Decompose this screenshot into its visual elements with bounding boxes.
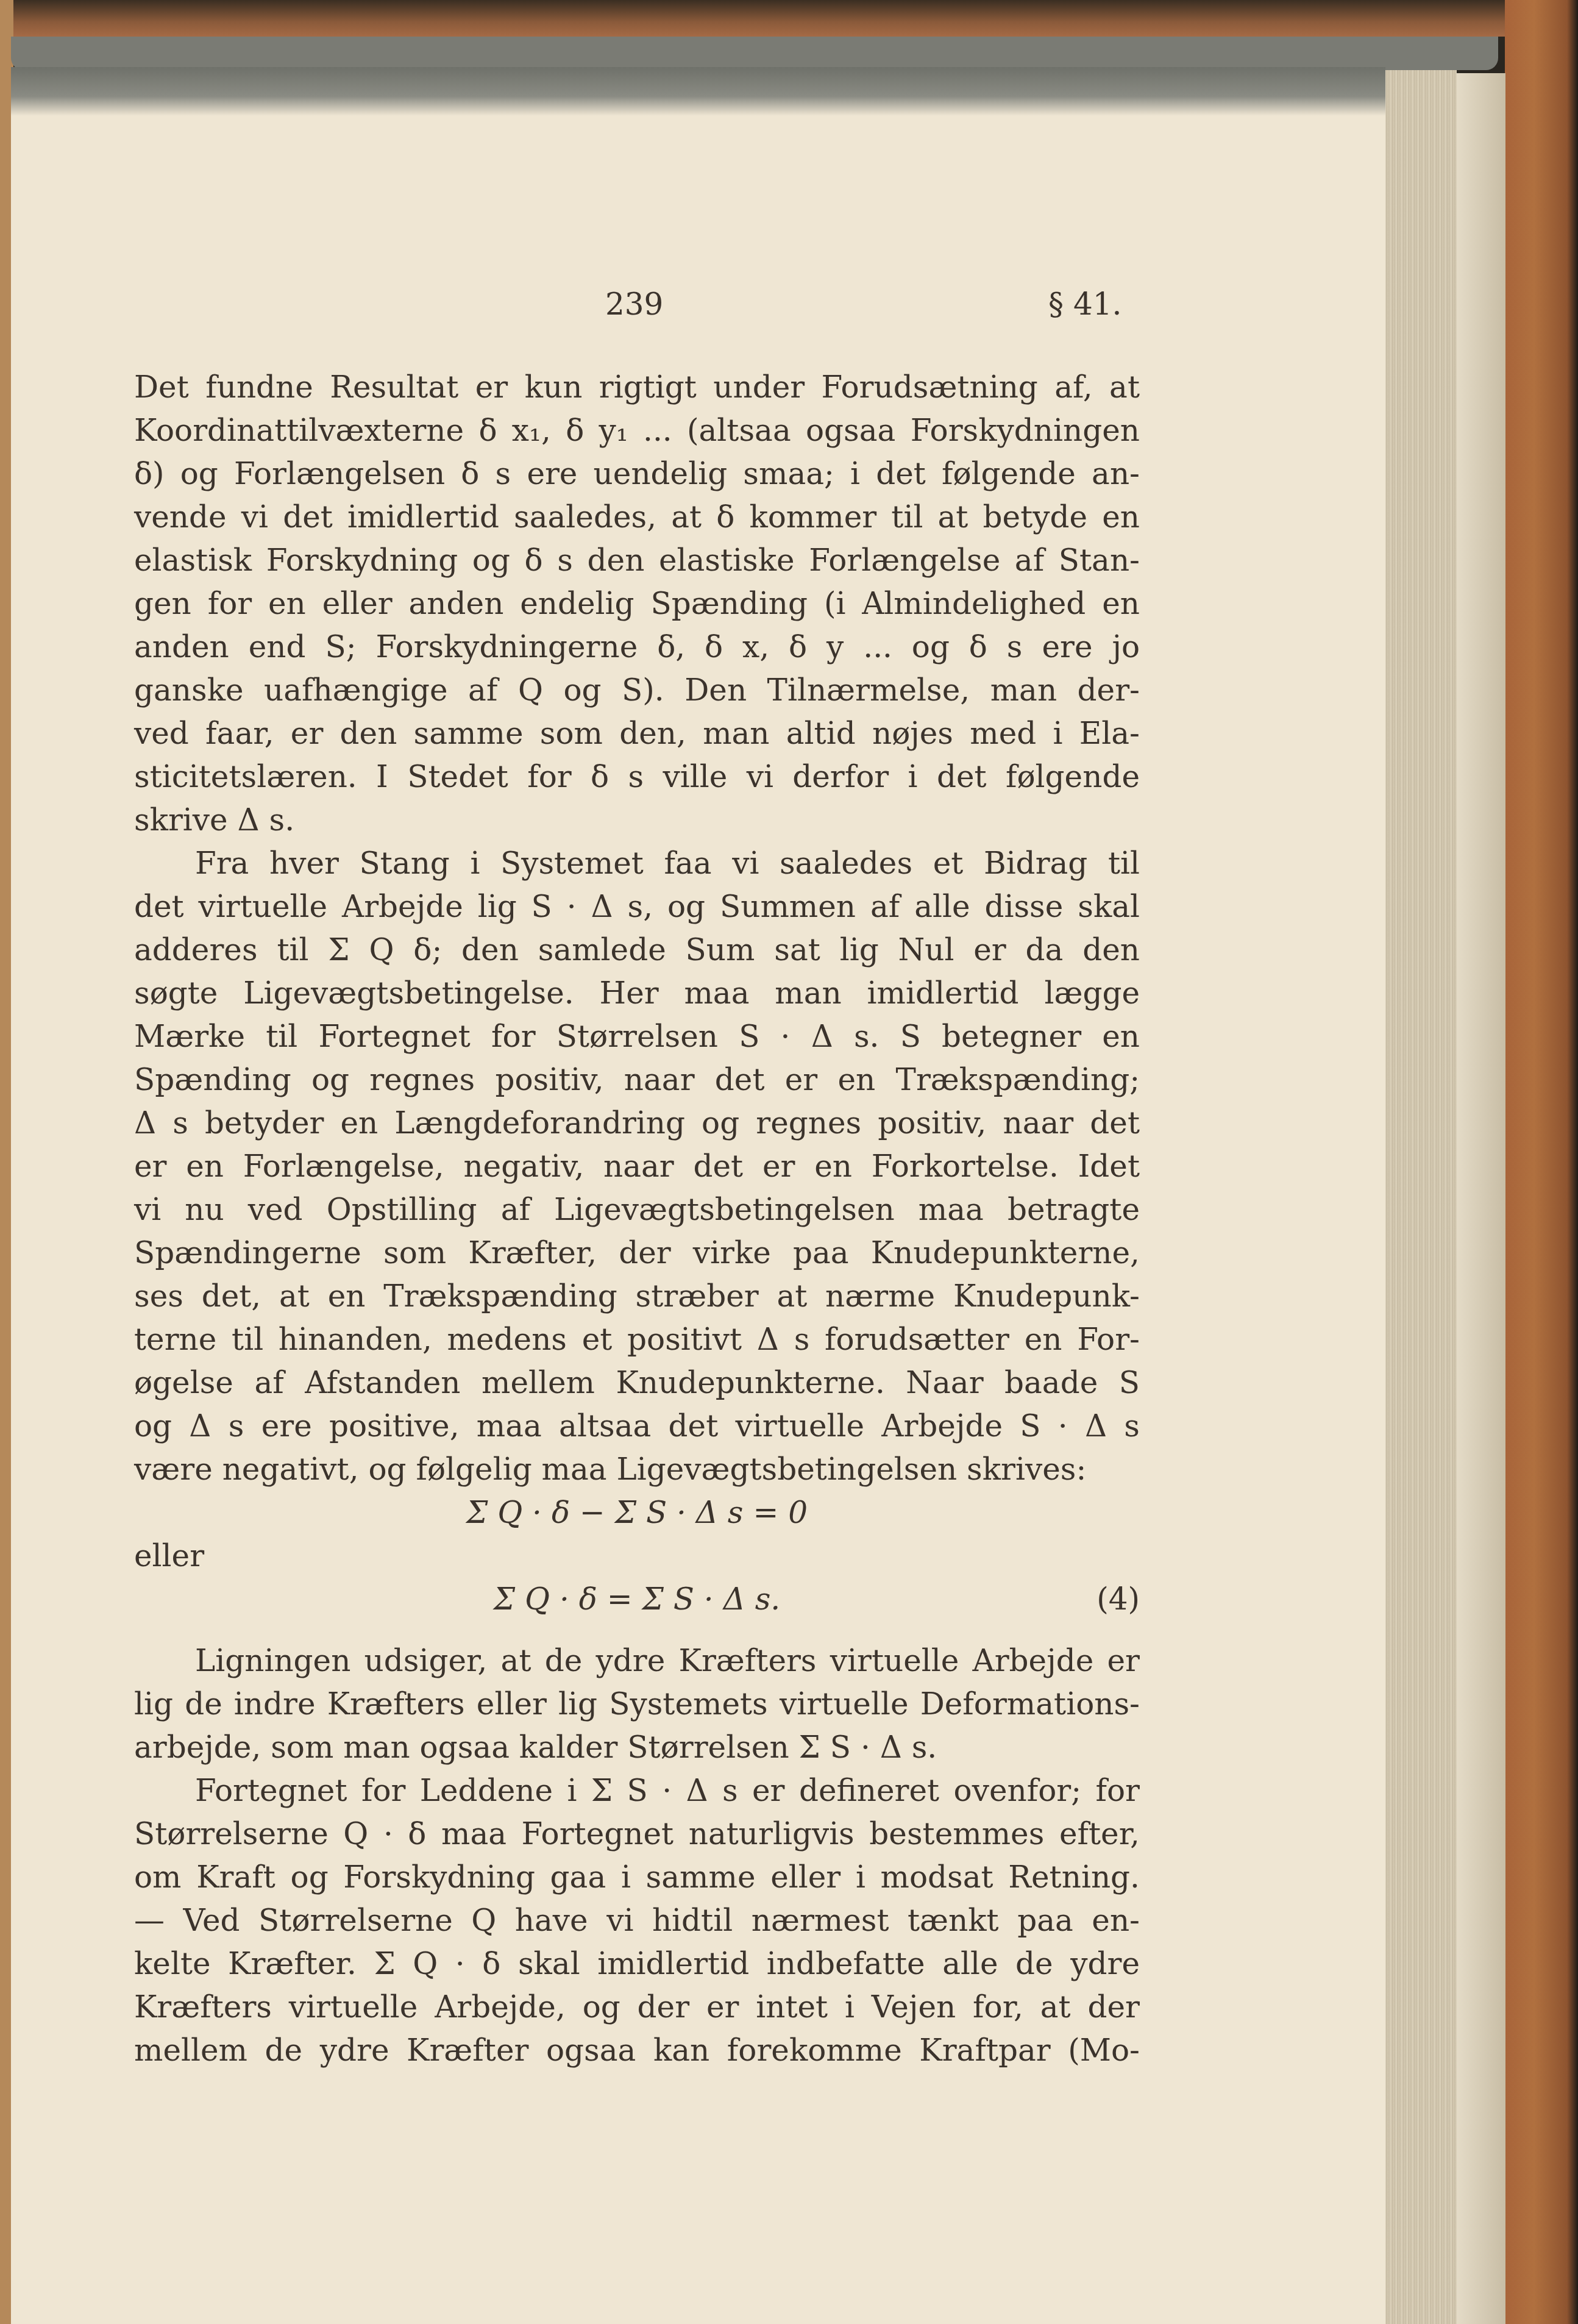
text-line: gen for en eller anden endelig Spænding … [134, 582, 1140, 626]
text-line: kelte Kræfter. Σ Q · δ skal imidlertid i… [134, 1942, 1140, 1986]
text-line: Spænding og regnes positiv, naar det er … [134, 1058, 1140, 1102]
text-line: øgelse af Afstanden mellem Knudepunktern… [134, 1361, 1140, 1405]
text-line: Det fundne Resultat er kun rigtigt under… [134, 366, 1140, 409]
text-line: Kræfters virtuelle Arbejde, og der er in… [134, 1986, 1140, 2029]
text-line: anden end S; Forskydningerne δ, δ x, δ y… [134, 626, 1140, 669]
text-line: Ligningen udsiger, at de ydre Kræfters v… [134, 1639, 1140, 1683]
page-number: 239 [605, 287, 663, 322]
text-line: er en Forlængelse, negativ, naar det er … [134, 1145, 1140, 1188]
text-line: Størrelserne Q · δ maa Fortegnet naturli… [134, 1813, 1140, 1856]
text-line: δ) og Forlængelsen δ s ere uendelig smaa… [134, 452, 1140, 496]
text-line: Spændingerne som Kræfter, der virke paa … [134, 1232, 1140, 1275]
text-line: adderes til Σ Q δ; den samlede Sum sat l… [134, 929, 1140, 972]
text-line: Fra hver Stang i Systemet faa vi saalede… [134, 842, 1140, 885]
equation: Σ Q · δ − Σ S · Δ s = 0 [134, 1491, 1140, 1534]
book-cover-right [1505, 0, 1578, 2324]
text-line: arbejde, som man ogsaa kalder Størrelsen… [134, 1726, 1140, 1769]
spacer [134, 1621, 1140, 1639]
text-line: vi nu ved Opstilling af Ligevægtsbetinge… [134, 1188, 1140, 1232]
equation-number: (4) [1096, 1578, 1140, 1621]
text-line: — Ved Størrelserne Q have vi hidtil nærm… [134, 1899, 1140, 1942]
page-shadow [11, 67, 1385, 116]
text-line: vende vi det imidlertid saaledes, at δ k… [134, 496, 1140, 539]
text-line: og Δ s ere positive, maa altsaa det virt… [134, 1405, 1140, 1448]
equation-numbered: Σ Q · δ = Σ S · Δ s. (4) [134, 1578, 1140, 1621]
text-line: elastisk Forskydning og δ s den elastisk… [134, 539, 1140, 582]
text-line: ganske uafhængige af Q og S). Den Tilnær… [134, 669, 1140, 712]
text-line: lig de indre Kræfters eller lig Systemet… [134, 1683, 1140, 1726]
text-line: terne til hinanden, medens et positivt Δ… [134, 1318, 1140, 1361]
page-block-edge-inner [1457, 73, 1505, 2324]
text-line: skrive Δ s. [134, 799, 1140, 842]
text-line: være negativt, og følgelig maa Ligevægts… [134, 1448, 1140, 1491]
text-line: ved faar, er den samme som den, man alti… [134, 712, 1140, 755]
text-line: eller [134, 1534, 1140, 1578]
text-line: sticitetslæren. I Stedet for δ s ville v… [134, 755, 1140, 799]
text-line: Δ s betyder en Længdeforandring og regne… [134, 1102, 1140, 1145]
section-number: § 41. [1048, 287, 1121, 322]
text-line: ses det, at en Trækspænding stræber at n… [134, 1275, 1140, 1318]
text-line: mellem de ydre Kræfter ogsaa kan forekom… [134, 2029, 1140, 2072]
page-top-edge [11, 37, 1498, 70]
book-cover-top [0, 0, 1578, 37]
text-line: Koordinattilvæxterne δ x₁, δ y₁ ... (alt… [134, 409, 1140, 452]
text-line: søgte Ligevægtsbetingelse. Her maa man i… [134, 972, 1140, 1015]
text-line: Fortegnet for Leddene i Σ S · Δ s er def… [134, 1769, 1140, 1813]
text-line: det virtuelle Arbejde lig S · Δ s, og Su… [134, 885, 1140, 929]
equation-body: Σ Q · δ = Σ S · Δ s. [494, 1581, 780, 1617]
body-text: Det fundne Resultat er kun rigtigt under… [134, 366, 1140, 2072]
text-line: Mærke til Fortegnet for Størrelsen S · Δ… [134, 1015, 1140, 1058]
text-line: om Kraft og Forskydning gaa i samme elle… [134, 1856, 1140, 1899]
